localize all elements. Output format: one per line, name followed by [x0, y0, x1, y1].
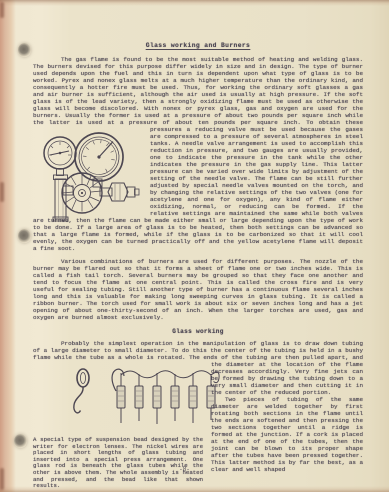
paragraph-burners-part1: The gas flame is found to be the most su…: [33, 56, 363, 133]
scanned-page: { "page": { "title": "Glass working and …: [0, 0, 389, 492]
punch-hole-bottom: [14, 434, 27, 448]
edge-smudge: [0, 182, 4, 202]
suspension-bead-drawing: [61, 364, 229, 430]
page-number: -8-: [0, 466, 369, 473]
punch-hole-top: [18, 43, 31, 57]
paragraph-glass-working-part2: then pulled apart, and the diameter at t…: [211, 354, 363, 396]
page-background: Glass working and Burners The gas flame …: [0, 0, 389, 492]
section-header: Glass working: [33, 328, 363, 335]
figure-pressure-regulator: [33, 127, 143, 215]
pressure-regulator-drawing: [33, 127, 143, 231]
paragraph-burners: The gas flame is found to be the most su…: [33, 56, 363, 252]
paragraph-burner-types: Various combinations of burners are used…: [33, 258, 363, 321]
paragraph-glass-working: Probably the simplest operation in the m…: [33, 340, 363, 396]
figure-caption: A special type of suspension bead design…: [33, 437, 203, 490]
edge-smudge: [0, 2, 4, 18]
page-title: Glass working and Burners: [33, 42, 363, 49]
punch-hole-middle: [18, 229, 31, 243]
typewritten-text: Glass working and Burners The gas flame …: [33, 42, 363, 490]
